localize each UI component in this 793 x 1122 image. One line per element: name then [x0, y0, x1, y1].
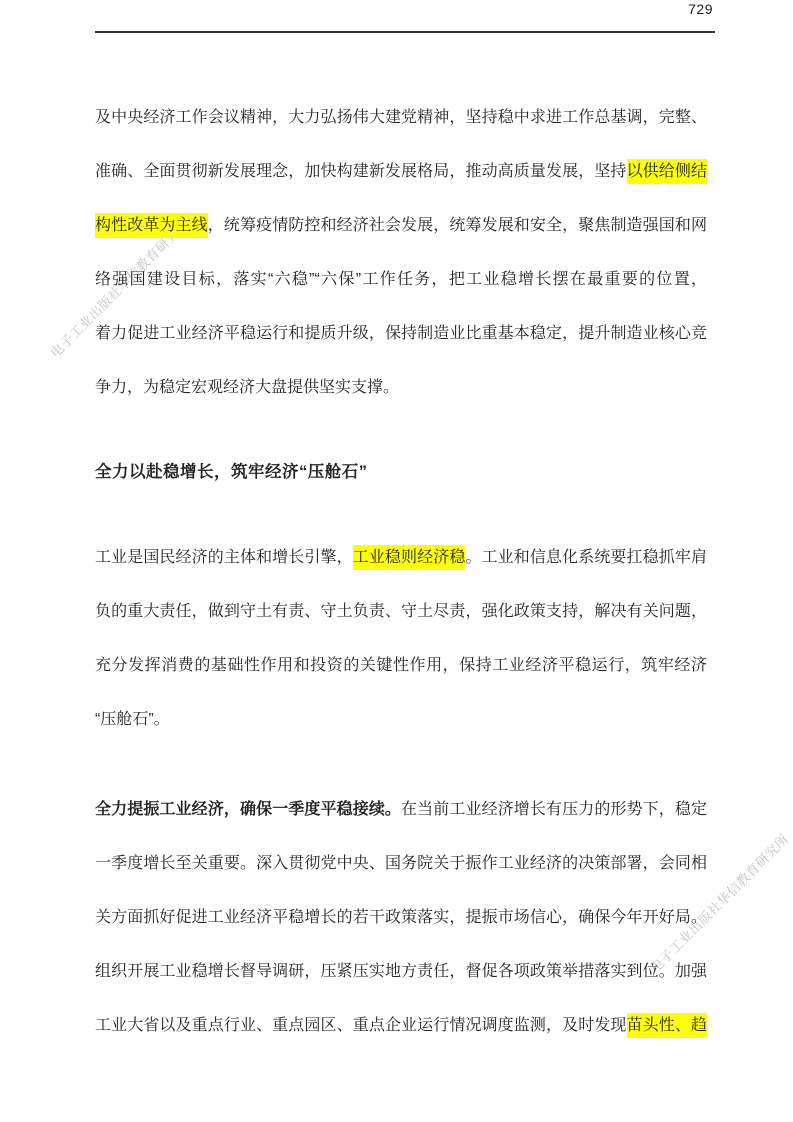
text-segment: 关方面抓好促进工业经济平稳增长的若干政策落实，提振市场信心，确保今年开好局。	[95, 909, 707, 926]
text-segment: 全力以赴稳增长，筑牢经济“压舱石”	[95, 463, 368, 481]
paragraph-1: 及中央经济工作会议精神，大力弘扬伟大建党精神，坚持稳中求进工作总基调，完整、准确…	[95, 91, 707, 415]
text-line: 工业大省以及重点行业、重点园区、重点企业运行情况调度监测，及时发现苗头性、趋	[95, 999, 707, 1053]
text-line: 组织开展工业稳增长督导调研，压紧压实地方责任，督促各项政策举措落实到位。加强	[95, 945, 707, 999]
text-line: 一季度增长至关重要。深入贯彻党中央、国务院关于振作工业经济的决策部署，会同相	[95, 837, 707, 891]
text-line: 及中央经济工作会议精神，大力弘扬伟大建党精神，坚持稳中求进工作总基调，完整、	[95, 91, 707, 145]
text-segment: 工业大省以及重点行业、重点园区、重点企业运行情况调度监测，及时发现	[95, 1017, 627, 1034]
text-segment: 。工业和信息化系统要扛稳抓牢肩	[465, 549, 707, 566]
text-line: 争力，为稳定宏观经济大盘提供坚实支撑。	[95, 361, 707, 415]
text-segment: 负的重大责任，做到守土有责、守土负责、守土尽责，强化政策支持，解决有关问题，	[95, 603, 707, 620]
text-segment: 在当前工业经济增长有压力的形势下，稳定	[401, 801, 707, 818]
body-text: 及中央经济工作会议精神，大力弘扬伟大建党精神，坚持稳中求进工作总基调，完整、准确…	[0, 0, 793, 1122]
text-segment: 工业是国民经济的主体和增长引擎，	[95, 549, 353, 566]
text-line: 全力以赴稳增长，筑牢经济“压舱石”	[95, 445, 707, 499]
text-line: 构性改革为主线，统筹疫情防控和经济社会发展，统筹发展和安全，聚焦制造强国和网	[95, 199, 707, 253]
highlight-segment: 工业稳则经济稳	[353, 545, 466, 570]
section-heading: 全力以赴稳增长，筑牢经济“压舱石”	[95, 445, 707, 499]
text-line: 全力提振工业经济，确保一季度平稳接续。在当前工业经济增长有压力的形势下，稳定	[95, 783, 707, 837]
text-segment: 准确、全面贯彻新发展理念，加快构建新发展格局，推动高质量发展，坚持	[95, 163, 627, 180]
text-line: 着力促进工业经济平稳运行和提质升级，保持制造业比重基本稳定，提升制造业核心竞	[95, 307, 707, 361]
text-line: 工业是国民经济的主体和增长引擎，工业稳则经济稳。工业和信息化系统要扛稳抓牢肩	[95, 531, 707, 585]
text-segment: “压舱石”。	[95, 711, 170, 728]
text-line: “压舱石”。	[95, 693, 707, 747]
highlight-segment: 构性改革为主线	[95, 213, 208, 238]
text-line: 负的重大责任，做到守土有责、守土负责、守土尽责，强化政策支持，解决有关问题，	[95, 585, 707, 639]
text-line: 络强国建设目标，落实“六稳”“六保”工作任务，把工业稳增长摆在最重要的位置，	[95, 253, 707, 307]
text-line: 准确、全面贯彻新发展理念，加快构建新发展格局，推动高质量发展，坚持以供给侧结	[95, 145, 707, 199]
text-line: 关方面抓好促进工业经济平稳增长的若干政策落实，提振市场信心，确保今年开好局。	[95, 891, 707, 945]
text-segment: ，统筹疫情防控和经济社会发展，统筹发展和安全，聚焦制造强国和网	[208, 217, 707, 234]
text-segment: 全力提振工业经济，确保一季度平稳接续。	[95, 801, 401, 818]
text-segment: 组织开展工业稳增长督导调研，压紧压实地方责任，督促各项政策举措落实到位。加强	[95, 963, 707, 980]
paragraph-2: 工业是国民经济的主体和增长引擎，工业稳则经济稳。工业和信息化系统要扛稳抓牢肩负的…	[95, 531, 707, 747]
highlight-segment: 苗头性、趋	[627, 1013, 707, 1038]
text-segment: 及中央经济工作会议精神，大力弘扬伟大建党精神，坚持稳中求进工作总基调，完整、	[95, 109, 707, 126]
document-page: 729 电子工业出版社华信教育研究所 电子工业出版社华信教育研究所 及中央经济工…	[0, 0, 793, 1122]
text-segment: 充分发挥消费的基础性作用和投资的关键性作用，保持工业经济平稳运行，筑牢经济	[95, 657, 707, 674]
text-segment: 着力促进工业经济平稳运行和提质升级，保持制造业比重基本稳定，提升制造业核心竞	[95, 325, 707, 342]
text-segment: 争力，为稳定宏观经济大盘提供坚实支撑。	[95, 379, 399, 396]
paragraph-3: 全力提振工业经济，确保一季度平稳接续。在当前工业经济增长有压力的形势下，稳定一季…	[95, 783, 707, 1053]
text-line: 充分发挥消费的基础性作用和投资的关键性作用，保持工业经济平稳运行，筑牢经济	[95, 639, 707, 693]
text-segment: 络强国建设目标，落实“六稳”“六保”工作任务，把工业稳增长摆在最重要的位置，	[95, 271, 707, 288]
highlight-segment: 以供给侧结	[627, 159, 707, 184]
text-segment: 一季度增长至关重要。深入贯彻党中央、国务院关于振作工业经济的决策部署，会同相	[95, 855, 707, 872]
